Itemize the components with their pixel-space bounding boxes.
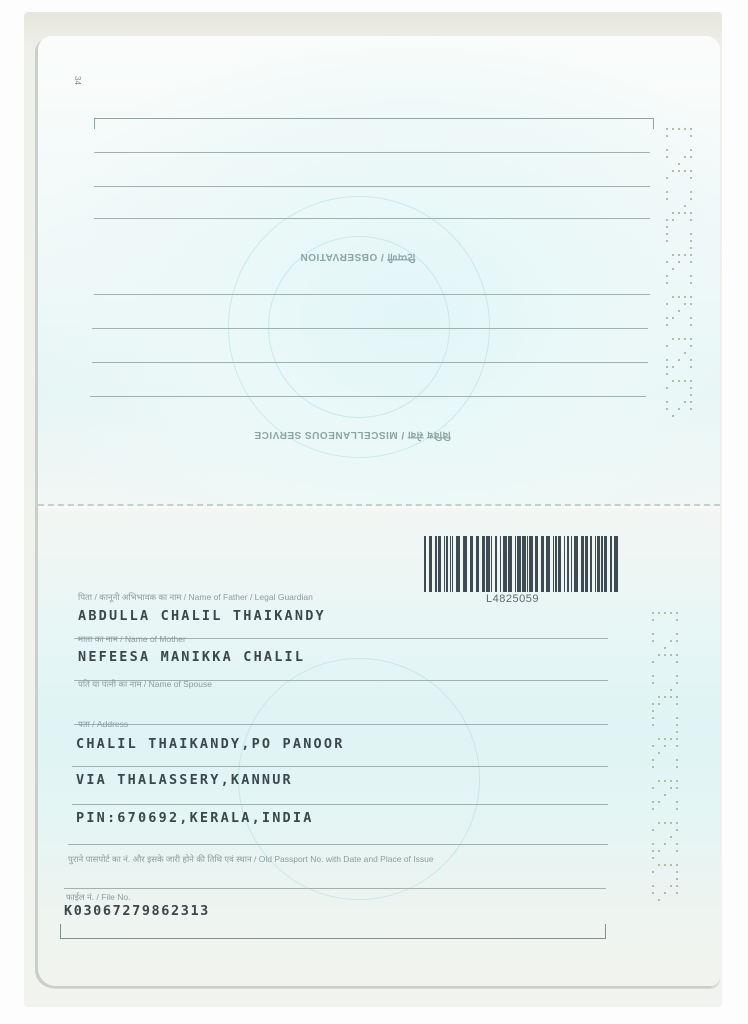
address-line-1: CHALIL THAIKANDY,PO PANOOR [76, 736, 345, 752]
address-line-2: VIA THALASSERY,KANNUR [76, 772, 293, 788]
barcode-bar [590, 536, 592, 592]
barcode-bar [522, 536, 526, 592]
rule-line [94, 218, 650, 219]
barcode-bar [438, 536, 441, 592]
father-name-label: पिता / कानूनी अभिभावक का नाम / Name of F… [78, 592, 313, 603]
observation-heading: टिप्पणी / OBSERVATION [300, 251, 415, 265]
barcode-bar [503, 536, 507, 592]
barcode-bar [581, 536, 584, 592]
barcode-bar [515, 536, 516, 592]
barcode-bar [470, 536, 473, 592]
passport-page: 34 टिप्पणी / OBSERVATION विविध सेवा / MI… [38, 36, 720, 986]
page-number: 34 [73, 76, 82, 85]
barcode-bar [546, 536, 550, 592]
misc-service-heading: विविध सेवा / MISCELLANEOUS SERVICE [254, 429, 451, 443]
barcode-bar [446, 536, 448, 592]
barcode-bar [610, 536, 612, 592]
barcode-bar [508, 536, 512, 592]
barcode-bar [435, 536, 437, 592]
barcode-number: L4825059 [486, 593, 539, 605]
barcode [424, 536, 622, 592]
barcode-bar [444, 536, 445, 592]
spouse-name-label: पति या पत्नी का नाम / Name of Spouse [78, 679, 212, 690]
barcode-bar [567, 536, 569, 592]
barcode-bar [517, 536, 521, 592]
rule-line [72, 766, 608, 767]
address-line-3: PIN:670692,KERALA,INDIA [76, 810, 314, 826]
rule-line [92, 328, 648, 329]
address-label: पता / Address [78, 719, 128, 730]
perforated-passport-number [652, 612, 682, 906]
barcode-bar [614, 536, 618, 592]
mother-name-value: NEFEESA MANIKKA CHALIL [78, 649, 305, 665]
rule-line [72, 804, 608, 805]
barcode-bar [558, 536, 561, 592]
barcode-bar [463, 536, 467, 592]
old-passport-label: पुराने पासपोर्ट का नं. और इसके जारी होने… [68, 854, 434, 865]
mother-name-label: माता का नाम / Name of Mother [78, 634, 186, 645]
rule-line [94, 294, 650, 295]
barcode-bar [491, 536, 492, 592]
barcode-bar [553, 536, 554, 592]
barcode-bar [535, 536, 538, 592]
barcode-bar [601, 536, 603, 592]
rule-line [64, 888, 606, 889]
barcode-bar [452, 536, 453, 592]
file-number-label: फाईल नं. / File No. [66, 892, 131, 903]
barcode-bar [595, 536, 596, 592]
barcode-bar [527, 536, 528, 592]
rule-line [74, 724, 608, 725]
barcode-bar [604, 536, 607, 592]
barcode-bar [500, 536, 501, 592]
barcode-bar [456, 536, 460, 592]
rule-line [94, 186, 650, 187]
barcode-bar [555, 536, 557, 592]
rule-line [92, 362, 648, 363]
details-frame-bottom [60, 924, 606, 939]
barcode-bar [564, 536, 565, 592]
observation-section: 34 टिप्पणी / OBSERVATION विविध सेवा / MI… [38, 36, 720, 506]
barcode-bar [495, 536, 497, 592]
barcode-bar [450, 536, 451, 592]
barcode-bar [529, 536, 533, 592]
barcode-bar [429, 536, 432, 592]
barcode-bar [585, 536, 588, 592]
father-name-value: ABDULLA CHALIL THAIKANDY [78, 608, 326, 624]
rule-line [68, 844, 608, 845]
barcode-bar [597, 536, 600, 592]
perforated-passport-number [666, 128, 696, 422]
observation-box-top [94, 118, 654, 129]
barcode-bar [571, 536, 572, 592]
barcode-bar [486, 536, 490, 592]
barcode-bar [574, 536, 578, 592]
barcode-bar [482, 536, 485, 592]
file-number-value: K03067279862313 [64, 903, 210, 919]
barcode-bar [476, 536, 479, 592]
rule-line [94, 152, 650, 153]
rule-line [90, 396, 646, 397]
barcode-bar [541, 536, 544, 592]
barcode-bar [424, 536, 426, 592]
